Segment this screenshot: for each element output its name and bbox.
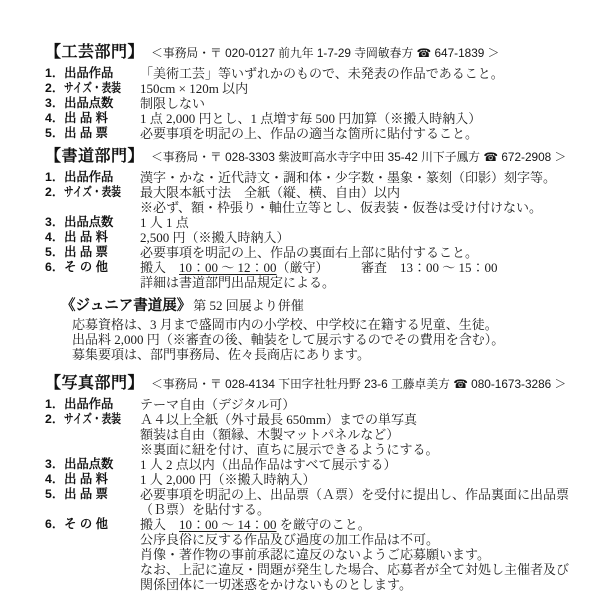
rule-item-line: ※裏面に紐を付け、直ちに展示できるようにする。 xyxy=(140,442,593,457)
rule-item-line: テーマ自由（デジタル可） xyxy=(140,397,593,412)
rule-item-number: 5． xyxy=(45,245,64,259)
rule-item-line: 肖像・著作物の事前承認に違反のないようご応募願います。 xyxy=(140,547,593,562)
rule-item-label: 6．そ の 他 xyxy=(45,517,140,532)
line-segment: 搬入 xyxy=(140,260,179,275)
department-contact: ＜事務局・〒 028-3303 紫波町高水寺字中田 35-42 川下子鳳方 ☎ … xyxy=(151,150,566,164)
rule-item-label: 5．出 品 票 xyxy=(45,126,140,141)
line-segment: （厳守） 審査 13：00 ～ 15：00 xyxy=(277,260,498,275)
rule-item-row: 4．出 品 料1 点 2,000 円とし、1 点増す毎 500 円加算（※搬入時… xyxy=(45,111,593,126)
rule-item-row: 5．出 品 票必要事項を明記の上、作品の適当な箇所に貼付すること。 xyxy=(45,126,593,141)
rule-item-name: 出品作品 xyxy=(64,66,113,81)
rule-item-line: 関係団体に一切迷惑をかけないものとします。 xyxy=(140,577,593,592)
rule-item-line: 2,500 円（※搬入時納入） xyxy=(140,230,593,245)
rule-item-number: 5． xyxy=(45,487,64,501)
junior-subtitle: 第 52 回展より併催 xyxy=(193,298,304,313)
junior-line: 募集要項は、部門事務局、佐々長商店にあります。 xyxy=(72,347,593,362)
rule-item-name: サイズ・表装 xyxy=(64,185,121,200)
rule-item-name: 出品点数 xyxy=(64,215,113,230)
junior-line: 出品料 2,000 円（※審査の後、軸装をして展示するのでその費用を含む）。 xyxy=(72,332,593,347)
rule-item-row: 4．出 品 料1 人 2,000 円（※搬入時納入） xyxy=(45,472,593,487)
rule-item-line: 搬入 10：00 ～ 12：00（厳守） 審査 13：00 ～ 15：00 xyxy=(140,260,593,275)
rule-item-lines: 必要事項を明記の上、出品票（Ａ票）を受付に提出し、作品裏面に出品票（Ｂ票）を貼付… xyxy=(140,487,593,517)
rule-item-line: 1 人 1 点 xyxy=(140,215,593,230)
section-calligraphy: 【書道部門】＜事務局・〒 028-3303 紫波町高水寺字中田 35-42 川下… xyxy=(45,148,593,290)
rule-item-label: 2．サイズ・表装 xyxy=(45,81,140,96)
rule-item-line: 1 人 2 点以内（出品作品はすべて展示する） xyxy=(140,457,593,472)
rule-item-name: そ の 他 xyxy=(64,517,108,532)
line-segment: 搬入 xyxy=(140,517,179,532)
rule-item-row: 3．出品点数1 人 1 点 xyxy=(45,215,593,230)
rule-item-number: 2． xyxy=(45,185,64,199)
rule-item-name: 出 品 料 xyxy=(64,111,108,126)
rule-item-row: 3．出品点数制限しない xyxy=(45,96,593,111)
rule-item-name: 出 品 票 xyxy=(64,487,108,502)
rule-item-line: Ａ４以上全紙（外寸最長 650mm）までの単写真 xyxy=(140,412,593,427)
rule-item-line: 最大限本紙寸法 全紙（縦、横、自由）以内 xyxy=(140,185,593,200)
rule-item-row: 5．出 品 票必要事項を明記の上、出品票（Ａ票）を受付に提出し、作品裏面に出品票… xyxy=(45,487,593,517)
rule-item-label: 1．出品作品 xyxy=(45,397,140,412)
rule-item-lines: 1 人 2 点以内（出品作品はすべて展示する） xyxy=(140,457,593,472)
rule-item-lines: 必要事項を明記の上、作品の裏面右上部に貼付すること。 xyxy=(140,245,593,260)
rule-item-number: 4． xyxy=(45,230,64,244)
rule-item-name: 出品作品 xyxy=(64,170,113,185)
line-segment: を厳守のこと。 xyxy=(277,517,371,532)
rule-item-row: 2．サイズ・表装150cm × 120m 以内 xyxy=(45,81,593,96)
rule-item-line: 公序良俗に反する作品及び過度の加工作品は不可。 xyxy=(140,532,593,547)
department-header: 【工芸部門】＜事務局・〒 020-0127 前九年 1-7-29 寺岡敏春方 ☎… xyxy=(45,44,593,62)
rule-item-number: 1． xyxy=(45,66,64,80)
rule-item-label: 2．サイズ・表装 xyxy=(45,185,140,200)
rule-item-name: 出 品 料 xyxy=(64,230,108,245)
junior-line: 応募資格は、3 月まで盛岡市内の小学校、中学校に在籍する児童、生徒。 xyxy=(72,317,593,332)
rule-item-line: 必要事項を明記の上、作品の裏面右上部に貼付すること。 xyxy=(140,245,593,260)
section-junior-calligraphy: 《ジュニア書道展》第 52 回展より併催応募資格は、3 月まで盛岡市内の小学校、… xyxy=(61,297,593,362)
rule-item-line: 1 点 2,000 円とし、1 点増す毎 500 円加算（※搬入時納入） xyxy=(140,111,593,126)
rule-item-label: 4．出 品 料 xyxy=(45,472,140,487)
rule-item-line: 額装は自由（額縁、木製マットパネルなど） xyxy=(140,427,593,442)
department-contact: ＜事務局・〒 020-0127 前九年 1-7-29 寺岡敏春方 ☎ 647-1… xyxy=(151,46,499,60)
rule-item-lines: 「美術工芸」等いずれかのもので、未発表の作品であること。 xyxy=(140,66,593,81)
rule-item-line: ※必ず、額・枠張り・軸仕立等とし、仮表装・仮巻は受け付けない。 xyxy=(140,200,593,215)
rule-item-row: 6．そ の 他搬入 10：00 ～ 12：00（厳守） 審査 13：00 ～ 1… xyxy=(45,260,593,290)
rule-item-number: 3． xyxy=(45,215,64,229)
rule-item-line: （Ｂ票）を貼付する。 xyxy=(140,502,593,517)
rule-item-lines: 制限しない xyxy=(140,96,593,111)
rule-item-row: 1．出品作品テーマ自由（デジタル可） xyxy=(45,397,593,412)
rule-item-number: 4． xyxy=(45,111,64,125)
rule-item-number: 1． xyxy=(45,170,64,184)
rule-item-name: 出 品 料 xyxy=(64,472,108,487)
rule-item-line: 詳細は書道部門出品規定による。 xyxy=(140,275,593,290)
rule-item-lines: 必要事項を明記の上、作品の適当な箇所に貼付すること。 xyxy=(140,126,593,141)
rule-item-name: 出品点数 xyxy=(64,96,113,111)
rule-item-row: 3．出品点数1 人 2 点以内（出品作品はすべて展示する） xyxy=(45,457,593,472)
department-title: 【書道部門】 xyxy=(45,148,144,165)
rule-item-line: 必要事項を明記の上、作品の適当な箇所に貼付すること。 xyxy=(140,126,593,141)
rule-item-label: 4．出 品 料 xyxy=(45,230,140,245)
rule-item-name: 出品点数 xyxy=(64,457,113,472)
rule-item-name: 出 品 票 xyxy=(64,245,108,260)
rule-item-lines: 最大限本紙寸法 全紙（縦、横、自由）以内※必ず、額・枠張り・軸仕立等とし、仮表装… xyxy=(140,185,593,215)
rule-item-lines: 2,500 円（※搬入時納入） xyxy=(140,230,593,245)
rule-item-line: 漢字・かな・近代詩文・調和体・少字数・墨象・篆刻（印影）刻字等。 xyxy=(140,170,593,185)
rule-item-label: 4．出 品 料 xyxy=(45,111,140,126)
rule-item-row: 2．サイズ・表装最大限本紙寸法 全紙（縦、横、自由）以内※必ず、額・枠張り・軸仕… xyxy=(45,185,593,215)
rule-item-lines: 1 人 1 点 xyxy=(140,215,593,230)
section-crafts: 【工芸部門】＜事務局・〒 020-0127 前九年 1-7-29 寺岡敏春方 ☎… xyxy=(45,44,593,141)
rule-item-line: 搬入 10：00 ～ 14：00 を厳守のこと。 xyxy=(140,517,593,532)
department-header: 【書道部門】＜事務局・〒 028-3303 紫波町高水寺字中田 35-42 川下… xyxy=(45,148,593,166)
department-contact: ＜事務局・〒 028-4134 下田字社牡丹野 23-6 工藤卓美方 ☎ 080… xyxy=(151,377,566,391)
rule-item-number: 5． xyxy=(45,126,64,140)
department-title: 【写真部門】 xyxy=(45,375,144,392)
department-header: 【写真部門】＜事務局・〒 028-4134 下田字社牡丹野 23-6 工藤卓美方… xyxy=(45,375,593,393)
rule-item-row: 4．出 品 料2,500 円（※搬入時納入） xyxy=(45,230,593,245)
document-page: 【工芸部門】＜事務局・〒 020-0127 前九年 1-7-29 寺岡敏春方 ☎… xyxy=(0,0,603,595)
rule-item-line: 1 人 2,000 円（※搬入時納入） xyxy=(140,472,593,487)
rule-item-label: 5．出 品 票 xyxy=(45,245,140,260)
rule-item-number: 6． xyxy=(45,517,64,531)
rule-item-label: 5．出 品 票 xyxy=(45,487,140,502)
rule-item-row: 1．出品作品漢字・かな・近代詩文・調和体・少字数・墨象・篆刻（印影）刻字等。 xyxy=(45,170,593,185)
rule-item-number: 1． xyxy=(45,397,64,411)
junior-title: 《ジュニア書道展》 xyxy=(61,298,191,314)
rule-item-lines: Ａ４以上全紙（外寸最長 650mm）までの単写真額装は自由（額縁、木製マットパネ… xyxy=(140,412,593,457)
rule-item-line: なお、上記に違反・問題が発生した場合、応募者が全て対処し主催者及び xyxy=(140,562,593,577)
rule-item-number: 6． xyxy=(45,260,64,274)
rule-item-row: 1．出品作品「美術工芸」等いずれかのもので、未発表の作品であること。 xyxy=(45,66,593,81)
rule-item-name: サイズ・表装 xyxy=(64,81,121,96)
rule-item-lines: テーマ自由（デジタル可） xyxy=(140,397,593,412)
underlined-time-range: 10：00 ～ 12：00 xyxy=(179,260,277,275)
rule-item-label: 6．そ の 他 xyxy=(45,260,140,275)
rule-item-lines: 1 点 2,000 円とし、1 点増す毎 500 円加算（※搬入時納入） xyxy=(140,111,593,126)
rule-item-name: 出 品 票 xyxy=(64,126,108,141)
rule-item-name: そ の 他 xyxy=(64,260,108,275)
rule-item-label: 1．出品作品 xyxy=(45,170,140,185)
rule-item-label: 3．出品点数 xyxy=(45,96,140,111)
rule-item-label: 2．サイズ・表装 xyxy=(45,412,140,427)
rule-item-lines: 150cm × 120m 以内 xyxy=(140,81,593,96)
rule-item-name: 出品作品 xyxy=(64,397,113,412)
rule-item-label: 1．出品作品 xyxy=(45,66,140,81)
underlined-time-range: 10：00 ～ 14：00 xyxy=(179,517,277,532)
rule-item-row: 5．出 品 票必要事項を明記の上、作品の裏面右上部に貼付すること。 xyxy=(45,245,593,260)
rule-item-row: 2．サイズ・表装Ａ４以上全紙（外寸最長 650mm）までの単写真額装は自由（額縁… xyxy=(45,412,593,457)
rule-item-name: サイズ・表装 xyxy=(64,412,121,427)
rule-item-line: 150cm × 120m 以内 xyxy=(140,81,593,96)
rule-item-row: 6．そ の 他搬入 10：00 ～ 14：00 を厳守のこと。公序良俗に反する作… xyxy=(45,517,593,592)
rule-item-label: 3．出品点数 xyxy=(45,215,140,230)
rule-item-lines: 搬入 10：00 ～ 12：00（厳守） 審査 13：00 ～ 15：00詳細は… xyxy=(140,260,593,290)
junior-header: 《ジュニア書道展》第 52 回展より併催 xyxy=(61,297,593,315)
rule-item-lines: 1 人 2,000 円（※搬入時納入） xyxy=(140,472,593,487)
rule-item-lines: 漢字・かな・近代詩文・調和体・少字数・墨象・篆刻（印影）刻字等。 xyxy=(140,170,593,185)
rule-item-number: 2． xyxy=(45,81,64,95)
section-photography: 【写真部門】＜事務局・〒 028-4134 下田字社牡丹野 23-6 工藤卓美方… xyxy=(45,375,593,592)
rule-item-line: 必要事項を明記の上、出品票（Ａ票）を受付に提出し、作品裏面に出品票 xyxy=(140,487,593,502)
rule-item-number: 3． xyxy=(45,96,64,110)
rule-item-number: 2． xyxy=(45,412,64,426)
rule-item-number: 4． xyxy=(45,472,64,486)
rule-item-line: 制限しない xyxy=(140,96,593,111)
rule-item-label: 3．出品点数 xyxy=(45,457,140,472)
department-title: 【工芸部門】 xyxy=(45,44,144,61)
rule-item-number: 3． xyxy=(45,457,64,471)
rule-item-lines: 搬入 10：00 ～ 14：00 を厳守のこと。公序良俗に反する作品及び過度の加… xyxy=(140,517,593,592)
rule-item-line: 「美術工芸」等いずれかのもので、未発表の作品であること。 xyxy=(140,66,593,81)
